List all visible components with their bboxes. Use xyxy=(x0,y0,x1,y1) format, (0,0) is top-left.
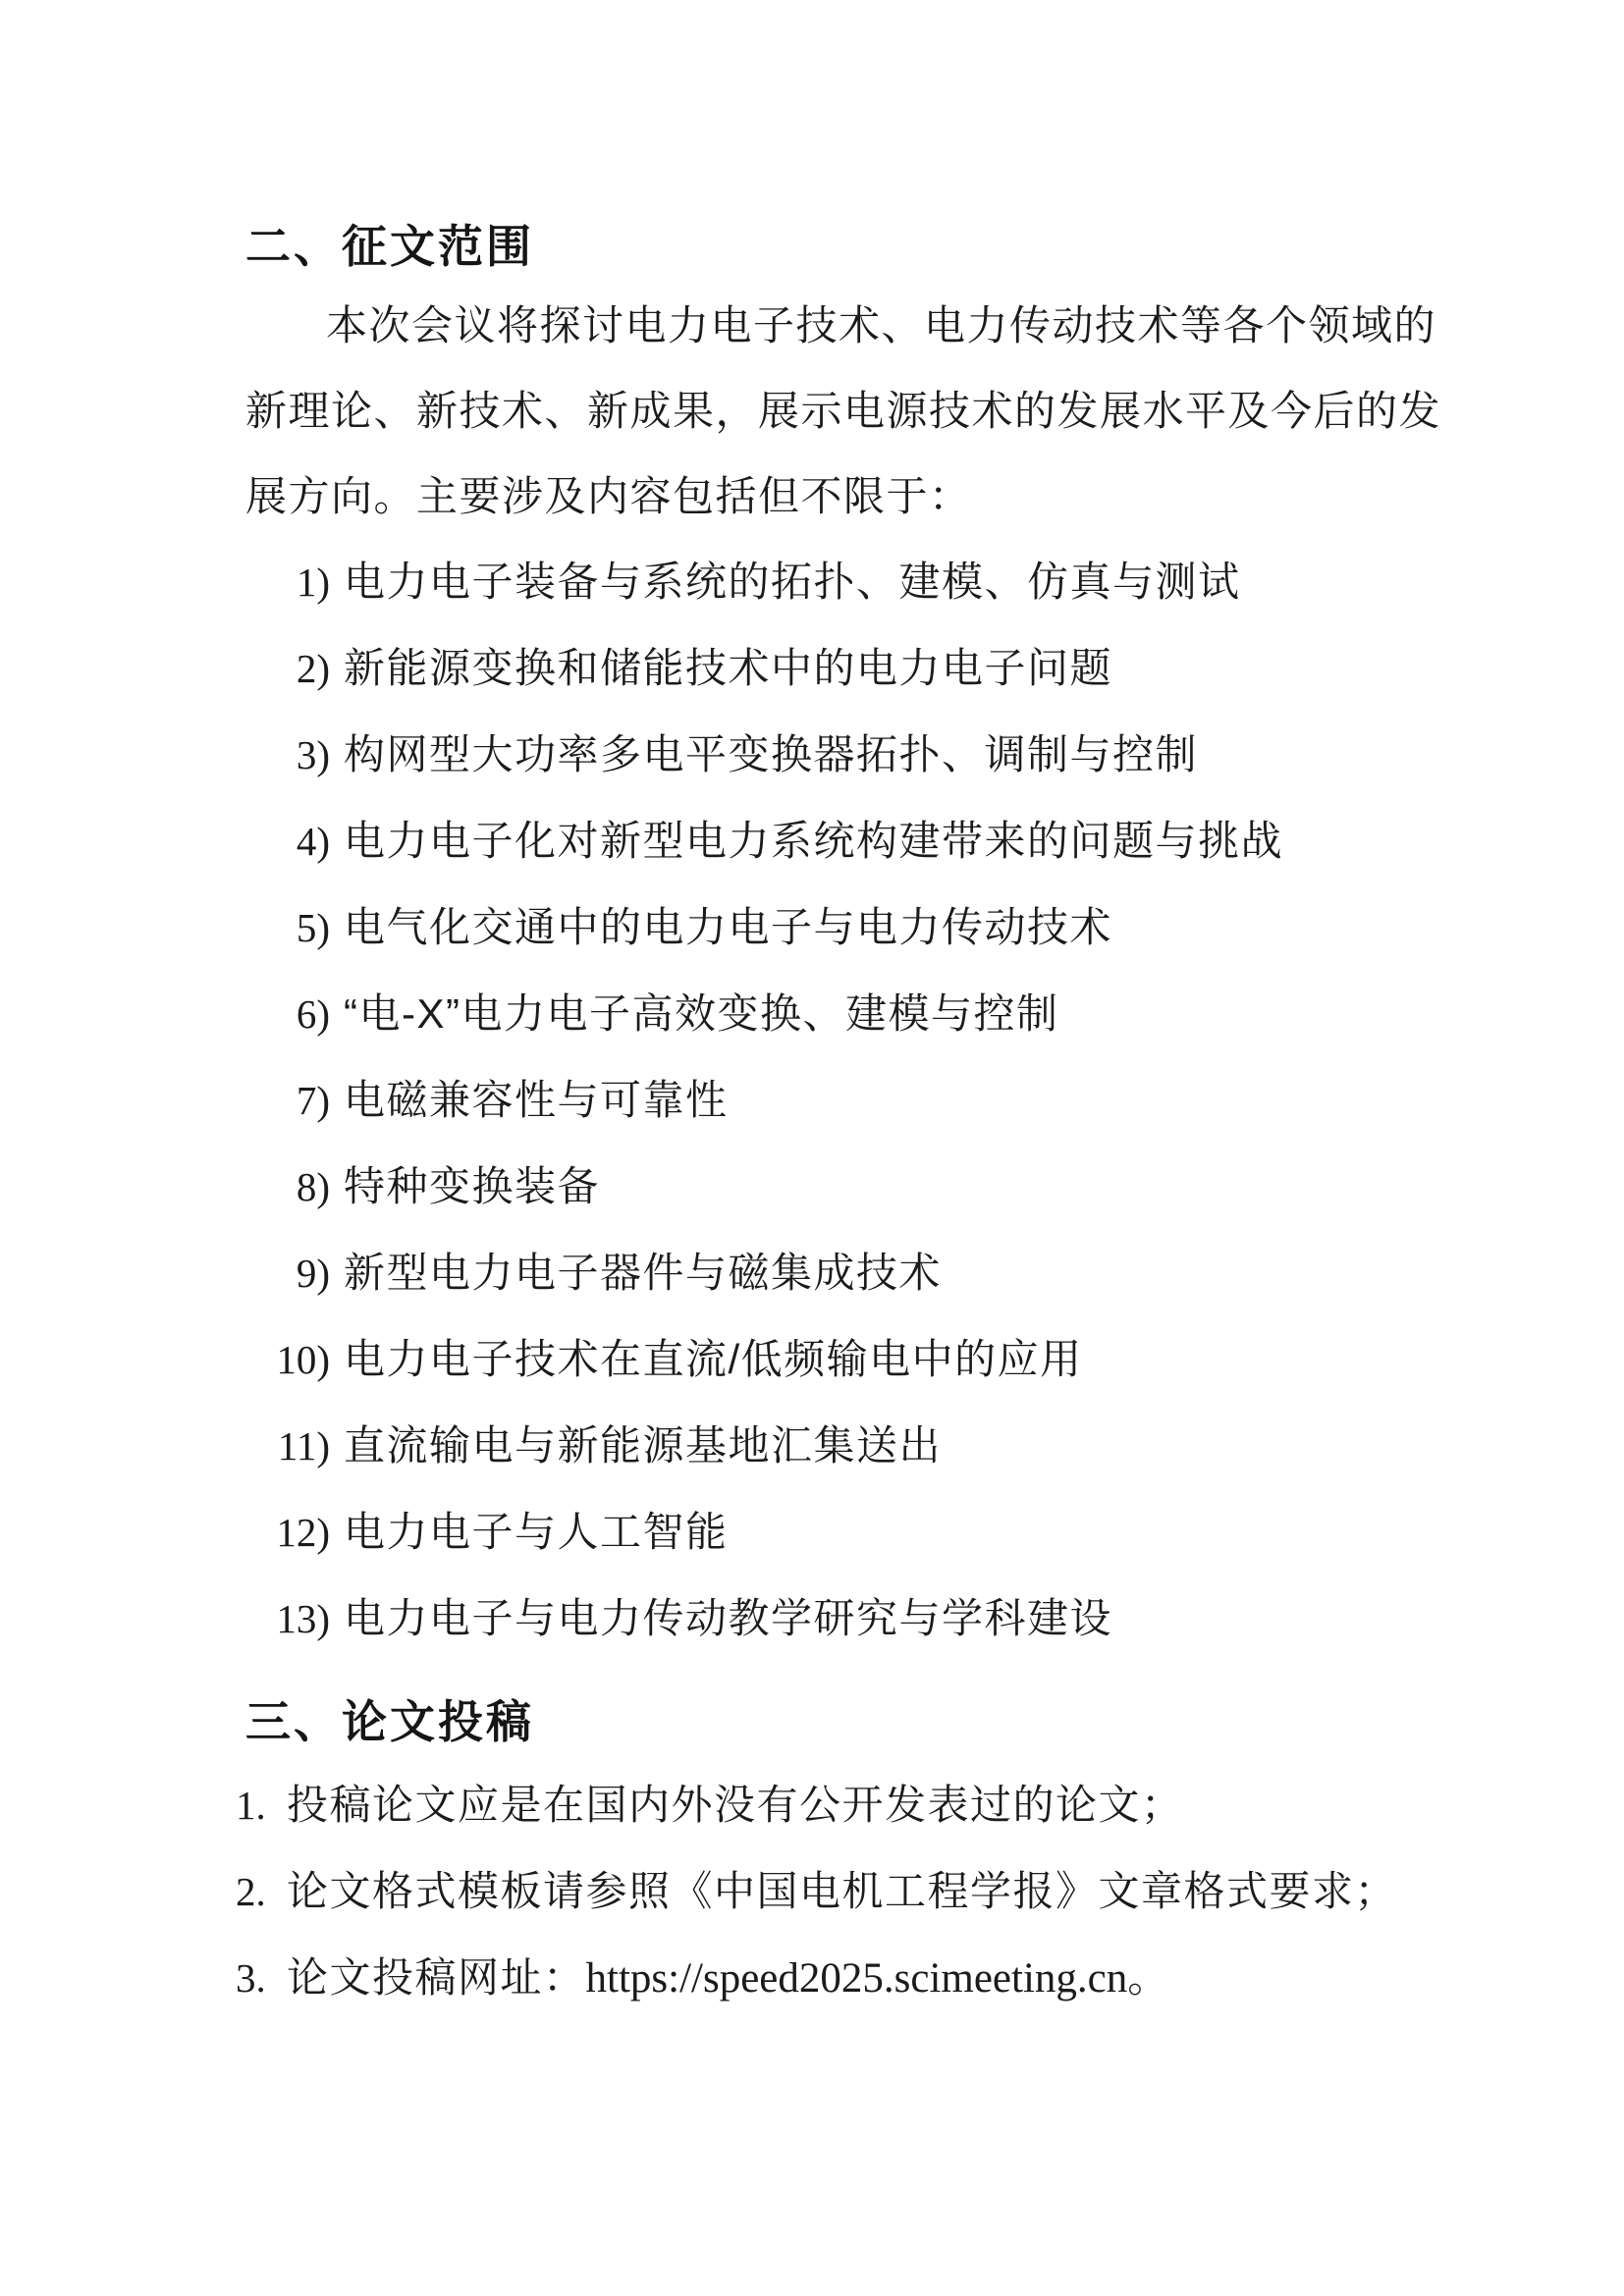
topic-number: 7) xyxy=(245,1058,344,1144)
rule-number: 1. xyxy=(236,1763,287,1848)
topic-number: 3) xyxy=(245,713,344,798)
submission-rules-list: 1. 投稿论文应是在国内外没有公开发表过的论文； 2. 论文格式模板请参照《中国… xyxy=(236,1762,1457,2021)
document-page: 二、征文范围 本次会议将探讨电力电子技术、电力传动技术等各个领域的 新理论、新技… xyxy=(0,0,1624,2296)
topic-item: 3) 构网型大功率多电平变换器拓扑、调制与控制 xyxy=(245,712,1457,798)
topic-item: 6) “电-X”电力电子高效变换、建模与控制 xyxy=(245,971,1457,1057)
submission-rule-item: 2. 论文格式模板请参照《中国电机工程学报》文章格式要求； xyxy=(236,1848,1457,1935)
topic-text: 直流输电与新能源基地汇集送出 xyxy=(344,1403,942,1488)
topic-number: 11) xyxy=(245,1404,344,1489)
paragraph-line: 本次会议将探讨电力电子技术、电力传动技术等各个领域的 xyxy=(245,283,1457,368)
topic-text: 新型电力电子器件与磁集成技术 xyxy=(344,1230,942,1315)
section-2-heading: 二、征文范围 xyxy=(245,218,1457,275)
paragraph-line: 新理论、新技术、新成果，展示电源技术的发展水平及今后的发 xyxy=(245,368,1457,454)
topic-item: 11) 直流输电与新能源基地汇集送出 xyxy=(245,1403,1457,1489)
topic-number: 4) xyxy=(245,799,344,884)
rule-text: 论文投稿网址： xyxy=(287,1935,586,2020)
topic-text: 电力电子化对新型电力系统构建带来的问题与挑战 xyxy=(344,798,1283,883)
topic-text: 电力电子与电力传动教学研究与学科建设 xyxy=(344,1575,1112,1661)
topic-item: 1) 电力电子装备与系统的拓扑、建模、仿真与测试 xyxy=(245,539,1457,625)
topic-text: 电磁兼容性与可靠性 xyxy=(344,1057,729,1143)
topic-number: 9) xyxy=(245,1231,344,1316)
topic-number: 1) xyxy=(245,540,344,625)
topic-text: “电-X”电力电子高效变换、建模与控制 xyxy=(344,971,1058,1056)
section-3-heading: 三、论文投稿 xyxy=(245,1693,1457,1750)
submission-rule-item: 1. 投稿论文应是在国内外没有公开发表过的论文； xyxy=(236,1762,1457,1848)
topic-text: 电气化交通中的电力电子与电力传动技术 xyxy=(344,884,1112,970)
topics-list: 1) 电力电子装备与系统的拓扑、建模、仿真与测试 2) 新能源变换和储能技术中的… xyxy=(245,539,1457,1662)
topic-text: 电力电子与人工智能 xyxy=(344,1489,729,1575)
url-suffix: 。 xyxy=(1127,1935,1170,2020)
topic-number: 13) xyxy=(245,1576,344,1662)
topic-item: 2) 新能源变换和储能技术中的电力电子问题 xyxy=(245,625,1457,712)
topic-number: 12) xyxy=(245,1490,344,1575)
section-2-intro-paragraph: 本次会议将探讨电力电子技术、电力传动技术等各个领域的 新理论、新技术、新成果，展… xyxy=(245,283,1457,539)
topic-item: 12) 电力电子与人工智能 xyxy=(245,1489,1457,1575)
submission-url[interactable]: https://speed2025.scimeeting.cn xyxy=(586,1936,1128,2021)
topic-item: 8) 特种变换装备 xyxy=(245,1144,1457,1230)
topic-item: 7) 电磁兼容性与可靠性 xyxy=(245,1057,1457,1144)
topic-number: 5) xyxy=(245,885,344,971)
topic-item: 9) 新型电力电子器件与磁集成技术 xyxy=(245,1230,1457,1316)
rule-number: 2. xyxy=(236,1849,287,1935)
topic-text: 新能源变换和储能技术中的电力电子问题 xyxy=(344,625,1112,711)
topic-item: 10) 电力电子技术在直流/低频输电中的应用 xyxy=(245,1316,1457,1403)
topic-item: 13) 电力电子与电力传动教学研究与学科建设 xyxy=(245,1575,1457,1662)
topic-text: 构网型大功率多电平变换器拓扑、调制与控制 xyxy=(344,712,1198,797)
topic-text: 特种变换装备 xyxy=(344,1144,600,1229)
topic-number: 2) xyxy=(245,626,344,712)
topic-text: 电力电子技术在直流/低频输电中的应用 xyxy=(344,1316,1083,1402)
rule-number: 3. xyxy=(236,1936,287,2021)
topic-number: 8) xyxy=(245,1145,344,1230)
topic-item: 5) 电气化交通中的电力电子与电力传动技术 xyxy=(245,884,1457,971)
topic-text: 电力电子装备与系统的拓扑、建模、仿真与测试 xyxy=(344,539,1241,624)
submission-rule-item: 3. 论文投稿网址： https://speed2025.scimeeting.… xyxy=(236,1935,1457,2021)
topic-number: 10) xyxy=(245,1317,344,1403)
paragraph-line: 展方向。主要涉及内容包括但不限于： xyxy=(245,454,1457,539)
topic-item: 4) 电力电子化对新型电力系统构建带来的问题与挑战 xyxy=(245,798,1457,884)
topic-number: 6) xyxy=(245,972,344,1057)
rule-text: 投稿论文应是在国内外没有公开发表过的论文； xyxy=(287,1762,1184,1847)
rule-text: 论文格式模板请参照《中国电机工程学报》文章格式要求； xyxy=(287,1848,1397,1934)
